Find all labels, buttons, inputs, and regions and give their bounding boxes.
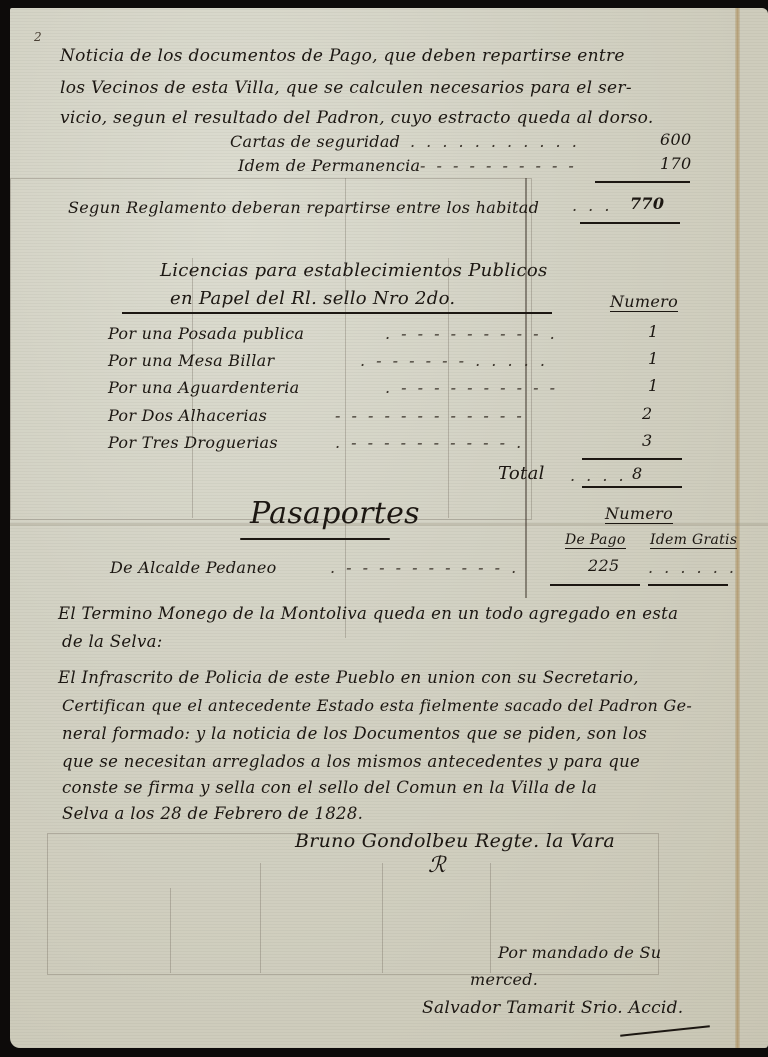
bleed-through-line (382, 863, 383, 973)
certification-line-5: conste se firma y sella con el sello del… (62, 778, 597, 797)
total-rule (580, 222, 680, 224)
license-row-label: Por una Posada publica (108, 324, 304, 343)
heading-line-3: vicio, segun el resultado del Padron, cu… (60, 108, 654, 128)
payment-item-label: Idem de Permanencia (238, 156, 420, 175)
license-row-label: Por Tres Droguerias (108, 433, 278, 452)
passports-title: Pasaportes (250, 496, 420, 531)
certification-line-6: Selva a los 28 de Febrero de 1828. (62, 804, 363, 823)
bleed-through-line (170, 888, 171, 973)
termino-paragraph-line-2: de la Selva: (62, 632, 163, 651)
bleed-through-line (490, 863, 491, 973)
leader-dots: . - - - - - - - - - - (385, 378, 558, 397)
certification-line-1: El Infrascrito de Policia de este Pueblo… (58, 668, 639, 687)
by-order-line-2: merced. (470, 970, 538, 989)
certification-line-2: Certifican que el antecedente Estado est… (62, 696, 692, 715)
leader-dots: . - - - - - - - - - - . (330, 558, 519, 577)
leader-dots: . - - - - - - - - - - . (335, 433, 524, 452)
manuscript-page: 2 Noticia de los documentos de Pago, que… (10, 8, 768, 1048)
license-row-label: Por una Mesa Billar (108, 351, 274, 370)
licenses-column-header: Numero (610, 292, 678, 312)
license-row-value: 1 (648, 349, 658, 368)
license-row-value: 1 (648, 322, 658, 341)
payment-item-value: 170 (660, 154, 691, 173)
heading-line-1: Noticia de los documentos de Pago, que d… (60, 46, 625, 66)
bleed-through-line (260, 863, 261, 973)
licenses-total-rule (582, 486, 682, 488)
license-row-label: Por una Aguardenteria (108, 378, 300, 397)
passports-subheader-idem-gratis: Idem Gratis (650, 532, 737, 549)
by-order-line-1: Por mandado de Su (498, 943, 661, 962)
passports-subheader-de-pago: De Pago (565, 532, 626, 549)
leader-dots: . - - - - - - - - - . (385, 324, 558, 343)
payment-item-value: 600 (660, 130, 691, 149)
licenses-sum-rule (582, 458, 682, 460)
secretary-signature: Salvador Tamarit Srio. Accid. (422, 998, 684, 1018)
page-number-mark: 2 (34, 30, 42, 44)
regidor-signature: Bruno Gondolbeu Regte. la Vara (295, 830, 615, 852)
licenses-title-line-2: en Papel del Rl. sello Nro 2do. (170, 288, 455, 309)
leader-dots: . . . (572, 196, 612, 215)
payment-item-label: Cartas de seguridad (230, 132, 400, 151)
vertical-fold-crease (735, 8, 740, 1048)
leader-dots: . . . . . . . . . . . (410, 132, 580, 151)
passports-idem-gratis-value: . . . . . . (648, 558, 737, 577)
regulation-line-label: Segun Reglamento deberan repartirse entr… (68, 198, 539, 217)
passports-flourish (240, 538, 390, 540)
rubric-flourish: ℛ (428, 853, 446, 878)
termino-paragraph-line-1: El Termino Monego de la Montoliva queda … (58, 604, 678, 623)
regulation-total-value: 770 (630, 194, 664, 213)
secretary-flourish (620, 1025, 710, 1036)
leader-dots: . . . . (570, 466, 627, 485)
passports-row-label: De Alcalde Pedaneo (110, 558, 277, 577)
licenses-title-underline (122, 312, 552, 314)
leader-dots: - - - - - - - - - - - - (335, 406, 525, 425)
sum-rule (595, 181, 690, 183)
license-row-value: 3 (642, 431, 652, 450)
passports-de-pago-value: 225 (588, 556, 619, 575)
license-row-label: Por Dos Alhacerias (108, 406, 267, 425)
certification-line-3: neral formado: y la noticia de los Docum… (62, 724, 647, 743)
license-row-value: 1 (648, 376, 658, 395)
licenses-total-value: 8 (632, 464, 642, 483)
bleed-through-table-upper (10, 178, 532, 520)
passports-column-header: Numero (605, 504, 673, 524)
certification-line-4: que se necesitan arreglados a los mismos… (62, 752, 640, 771)
passports-rule-idem-gratis (648, 584, 728, 586)
leader-dots: . - - - - - - . . . . . (360, 351, 548, 370)
leader-dots: - - - - - - - - - - (420, 156, 577, 175)
license-row-value: 2 (642, 404, 652, 423)
heading-line-2: los Vecinos de esta Villa, que se calcul… (60, 78, 632, 98)
passports-rule-de-pago (550, 584, 640, 586)
licenses-total-label: Total (498, 463, 545, 484)
licenses-title-line-1: Licencias para establecimientos Publicos (160, 260, 548, 281)
